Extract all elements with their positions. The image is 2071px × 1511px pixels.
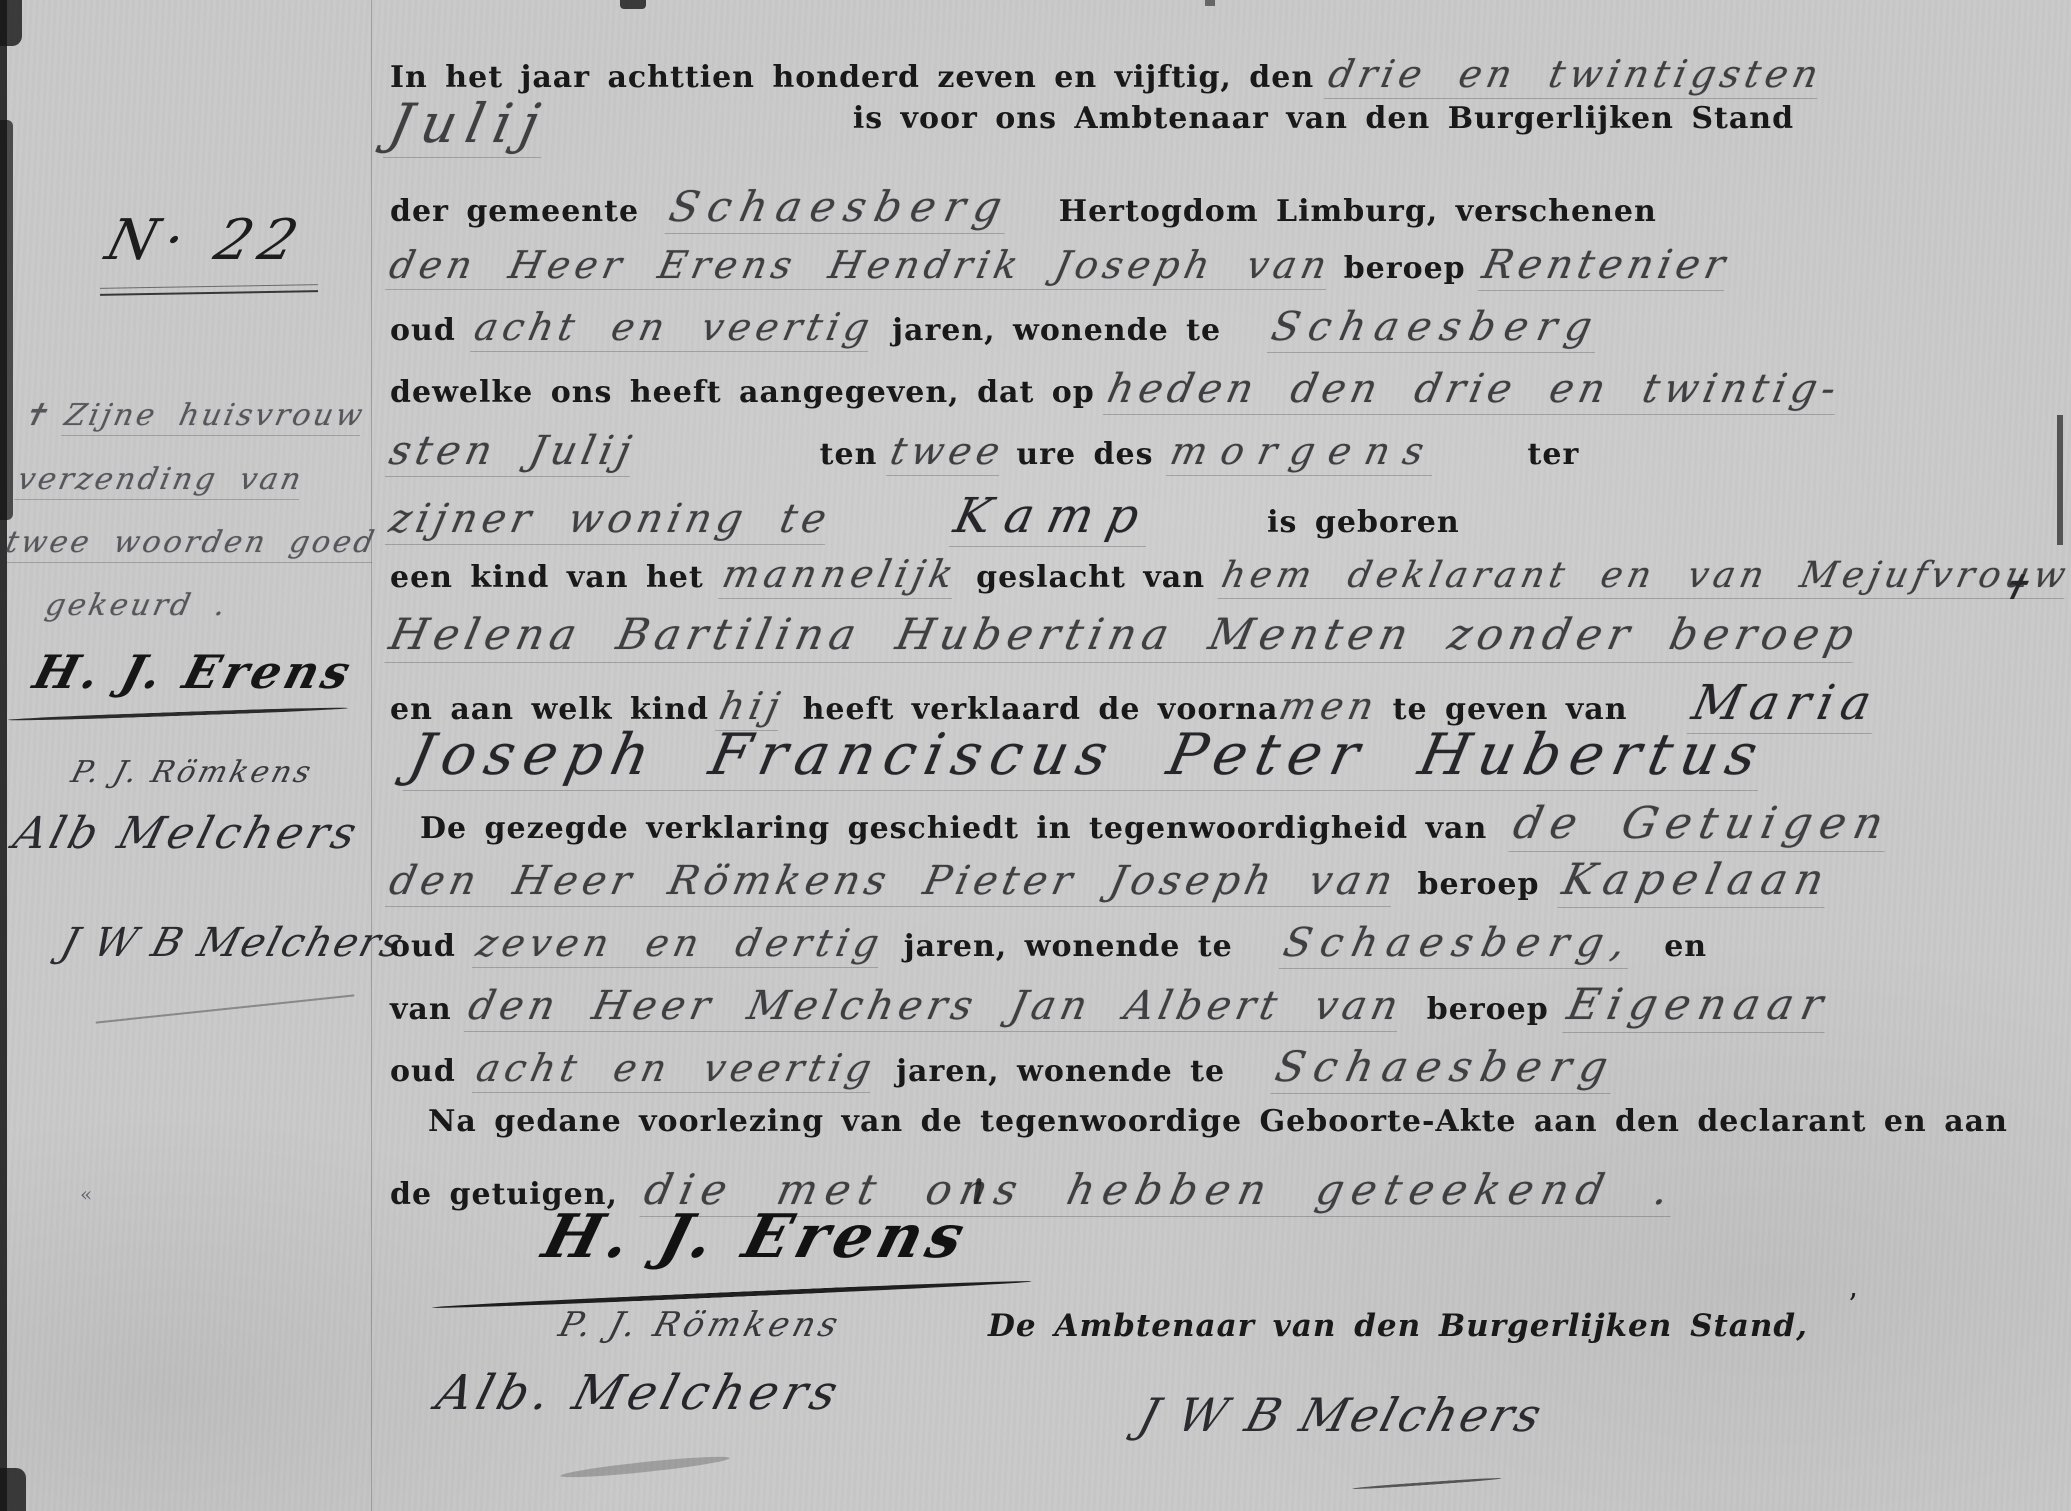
official-signature-jwb-melchers: J W B Melchers [1133,1388,1550,1442]
margin-edge-mark: « [80,1182,92,1206]
signature-romkens: P. J. Römkens [555,1305,846,1345]
top-edge-speck-1 [620,0,646,9]
handwritten-witness2-age: acht en veertig [472,1046,880,1093]
margin-signature-flourish [96,994,355,1023]
margin-note-line-1: ✝ Zijne huisvrouw [22,398,365,436]
act-line-10: Helena Bartilina Hubertina Menten zonder… [390,610,1970,663]
margin-signature-romkens: P. J. Römkens [67,755,317,790]
act-line-9: een kind van het mannelijk geslacht van … [390,552,1970,599]
corner-smudge-top-left [0,0,22,46]
handwritten-witness2-occupation: Eigenaar [1562,980,1835,1033]
margin-signature-erens: H. J. Erens [28,645,360,699]
printed-text: geslacht van [976,560,1205,595]
act-line-15: oud zeven en dertig jaren, wonende te Sc… [390,920,1970,969]
scanned-birth-certificate: { "page": { "paper_color": "#c9c9c9", "p… [0,0,2071,1511]
margin-fold-line [371,0,372,1511]
reference-cross-mark: ✝ [1996,568,2038,608]
top-edge-speck-2 [1205,0,1215,6]
act-line-2: Julij is voor ons Ambtenaar van den Burg… [390,92,1970,158]
binding-smudge-upper-left [0,120,13,520]
printed-text: oud [390,1054,456,1089]
corner-smudge-bottom-left [0,1468,26,1511]
margin-note-text: twee woorden goed [2,525,380,563]
handwritten-residence: Schaesberg [1267,304,1605,353]
handwritten-witness1-residence: Schaesberg, [1279,920,1639,969]
printed-text: ter [1528,437,1580,472]
official-title: De Ambtenaar van den Burgerlijken Stand, [988,1308,1808,1344]
printed-text: beroep [1418,867,1540,902]
handwritten-month: Julij [383,92,555,158]
handwritten-witness1-name: den Heer Römkens Pieter Joseph van [385,858,1402,907]
act-line-7: sten Julij ten twee ure des morgens ter [390,428,1970,477]
handwritten-place-of-birth: Kamp [949,488,1158,547]
act-line-4: den Heer Erens Hendrik Joseph van beroep… [390,242,1970,291]
printed-text: beroep [1427,992,1549,1027]
handwritten-witness1-occupation: Kapelaan [1557,855,1836,908]
margin-note-text: gekeurd . [42,588,231,623]
printed-text: jaren, wonende te [904,929,1233,964]
margin-note-text: Zijne huisvrouw [61,398,368,436]
margin-note-text: verzending van [14,462,307,500]
handwritten-parent-phrase: hem deklarant en van Mejufvrouw [1217,555,2071,599]
printed-text: oud [390,313,456,348]
handwritten-municipality: Schaesberg [665,182,1016,234]
printed-text: der gemeente [390,194,639,229]
printed-text: beroep [1344,251,1466,286]
printed-text: jaren, wonende te [892,313,1221,348]
act-line-17: oud acht en veertig jaren, wonende te Sc… [390,1042,1970,1094]
printed-text: dewelke ons heeft aangegeven, dat op [390,375,1095,410]
act-line-14: den Heer Römkens Pieter Joseph van beroe… [390,855,1970,908]
handwritten-witness-phrase: de Getuigen [1509,798,1896,852]
handwritten-occupation: Rentenier [1478,242,1734,291]
act-line-6: dewelke ons heeft aangegeven, dat op hed… [390,366,1970,415]
margin-note-line-4: gekeurd . [46,588,228,623]
printed-text: ure des [1016,437,1153,472]
printed-text: Hertogdom Limburg, verschenen [1059,194,1657,229]
handwritten-given-names: Joseph Franciscus Peter Hubertus [403,722,1772,791]
margin-signature-alb-melchers: Alb Melchers [8,808,365,859]
printed-text: De gezegde verklaring geschiedt in tegen… [420,811,1487,846]
handwritten-witness2-name: den Heer Melchers Jan Albert van [464,983,1407,1032]
correction-cross-mark: ✝ [18,398,54,433]
act-line-5: oud acht en veertig jaren, wonende te Sc… [390,304,1970,353]
printed-text: oud [390,929,456,964]
margin-signature-erens-flourish [8,706,348,722]
handwritten-gender: mannelijk [718,552,962,599]
handwritten-date-continued: sten Julij [385,428,640,477]
printed-text: is voor ons Ambtenaar van den Burgerlijk… [853,101,1794,136]
act-line-12: Joseph Franciscus Peter Hubertus [390,722,1970,791]
printed-text: van [390,992,452,1027]
margin-act-number: N· 22 [99,208,312,273]
official-signature-flourish [1352,1477,1502,1490]
printed-text: en [1664,929,1707,964]
printed-text: een kind van het [390,560,704,595]
margin-note-line-2: verzending van [18,462,303,500]
printed-text: Na gedane voorlezing van de tegenwoordig… [428,1104,2008,1139]
act-line-18: Na gedane voorlezing van de tegenwoordig… [428,1104,2008,1139]
margin-signature-jwb-melchers: J W B Melchers [56,920,410,966]
handwritten-hour: twee [886,429,1009,476]
handwritten-declarant-name: den Heer Erens Hendrik Joseph van [385,243,1336,290]
printed-text: jaren, wonende te [896,1054,1225,1089]
handwritten-date-text: heden den drie en twintig- [1103,366,1845,415]
act-number-underline [100,284,318,296]
handwritten-witness1-age: zeven en dertig [472,921,888,968]
act-line-3: der gemeente Schaesberg Hertogdom Limbur… [390,182,1970,234]
handwritten-age: acht en veertig [470,305,878,352]
signature-erens: H. J. Erens [536,1202,978,1272]
signature-smudge [560,1453,730,1481]
margin-note-line-3: twee woorden goed [6,525,376,563]
printed-text: ten [820,437,878,472]
official-title-ink-mark: ’ [1848,1288,1858,1323]
act-line-16: van den Heer Melchers Jan Albert van ber… [390,980,1970,1033]
act-line-13: De gezegde verklaring geschiedt in tegen… [420,798,2000,852]
handwritten-location-phrase: zijner woning te [385,496,836,545]
printed-text: is geboren [1267,505,1459,540]
act-line-8: zijner woning te Kamp is geboren [390,488,1970,547]
handwritten-daypart: morgens [1166,429,1442,476]
edge-mark-right [2057,415,2063,545]
signature-alb-melchers: Alb. Melchers [430,1365,848,1421]
printed-text: In het jaar achttien honderd zeven en vi… [390,60,1314,95]
handwritten-mother-name: Helena Bartilina Hubertina Menten zonder… [384,610,1864,663]
handwritten-witness2-residence: Schaesberg [1271,1042,1622,1094]
